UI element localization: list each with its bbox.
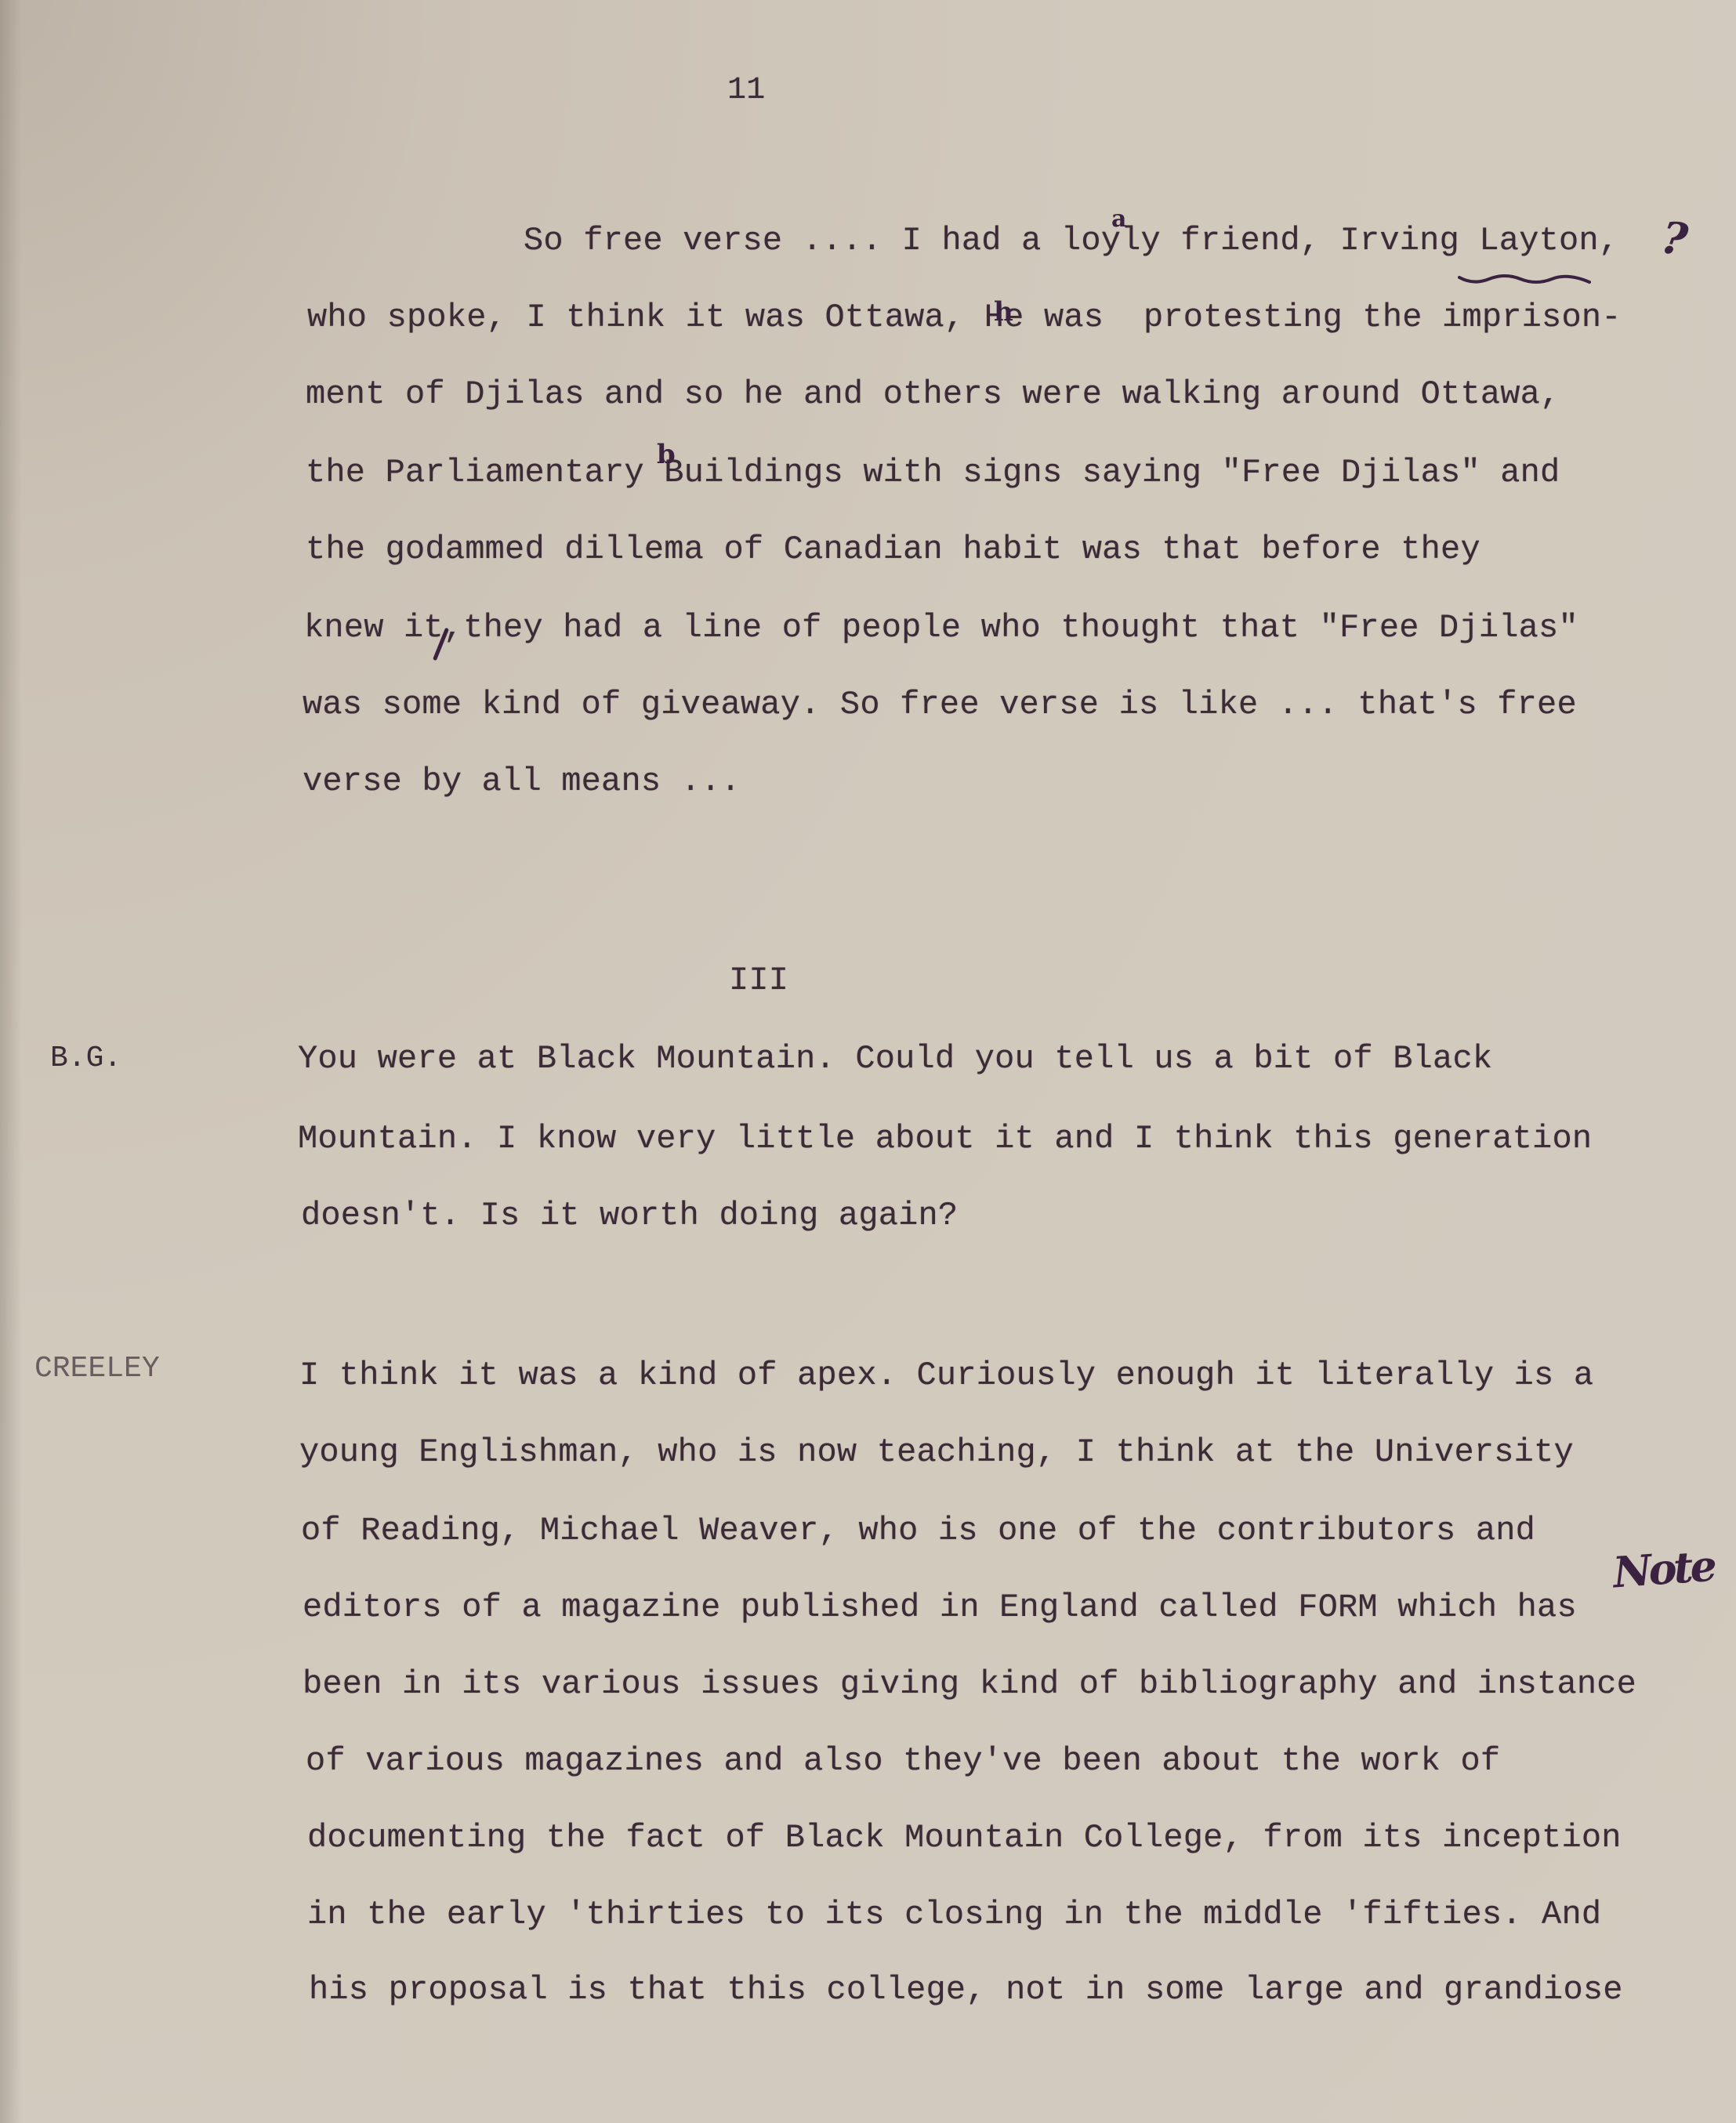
dialogue-line: young Englishman, who is now teaching, I… [299, 1433, 1574, 1472]
paragraph-line: was some kind of giveaway. So free verse… [303, 685, 1577, 724]
dialogue-line: been in its various issues giving kind o… [303, 1665, 1636, 1704]
paragraph-line: the godammed dillema of Canadian habit w… [306, 530, 1480, 569]
typescript-page: 11 So free verse .... I had a loyly frie… [0, 0, 1736, 2123]
lowercase-correction-mark-buildings: b [657, 439, 676, 470]
paragraph-line: So free verse .... I had a loyly friend,… [524, 221, 1618, 260]
paragraph-line: knew it,they had a line of people who th… [304, 608, 1578, 647]
dialogue-line: doesn't. Is it worth doing again? [301, 1196, 958, 1235]
speaker-label-creeley: CREELEY [34, 1350, 160, 1389]
wavy-underline-mark [1458, 271, 1591, 288]
dialogue-line: his proposal is that this college, not i… [309, 1970, 1623, 2009]
margin-note-handwritten: Note [1611, 1541, 1716, 1598]
margin-question-mark: ? [1658, 212, 1691, 266]
dialogue-line: of Reading, Michael Weaver, who is one o… [301, 1511, 1535, 1550]
section-heading: III [729, 961, 788, 1000]
dialogue-line: documenting the fact of Black Mountain C… [307, 1818, 1622, 1857]
paragraph-line: verse by all means ... [303, 762, 741, 801]
dialogue-line: in the early 'thirties to its closing in… [307, 1895, 1601, 1934]
dialogue-line: Mountain. I know very little about it an… [298, 1119, 1592, 1158]
paragraph-line: who spoke, I think it was Ottawa, He was… [307, 298, 1622, 337]
correction-mark-loyly: a [1111, 205, 1126, 233]
paragraph-line: ment of Djilas and so he and others were… [306, 375, 1560, 414]
dialogue-line: You were at Black Mountain. Could you te… [298, 1039, 1492, 1078]
lowercase-correction-mark-he: h [994, 296, 1013, 328]
dialogue-line: editors of a magazine published in Engla… [303, 1588, 1577, 1627]
paragraph-line: the Parliamentary Buildings with signs s… [306, 453, 1560, 492]
dialogue-line: of various magazines and also they've be… [306, 1741, 1500, 1781]
dialogue-line: I think it was a kind of apex. Curiously… [299, 1356, 1593, 1395]
page-edge-shadow [0, 0, 22, 2123]
page-number: 11 [727, 72, 765, 110]
speaker-label-bg: B.G. [50, 1039, 121, 1078]
